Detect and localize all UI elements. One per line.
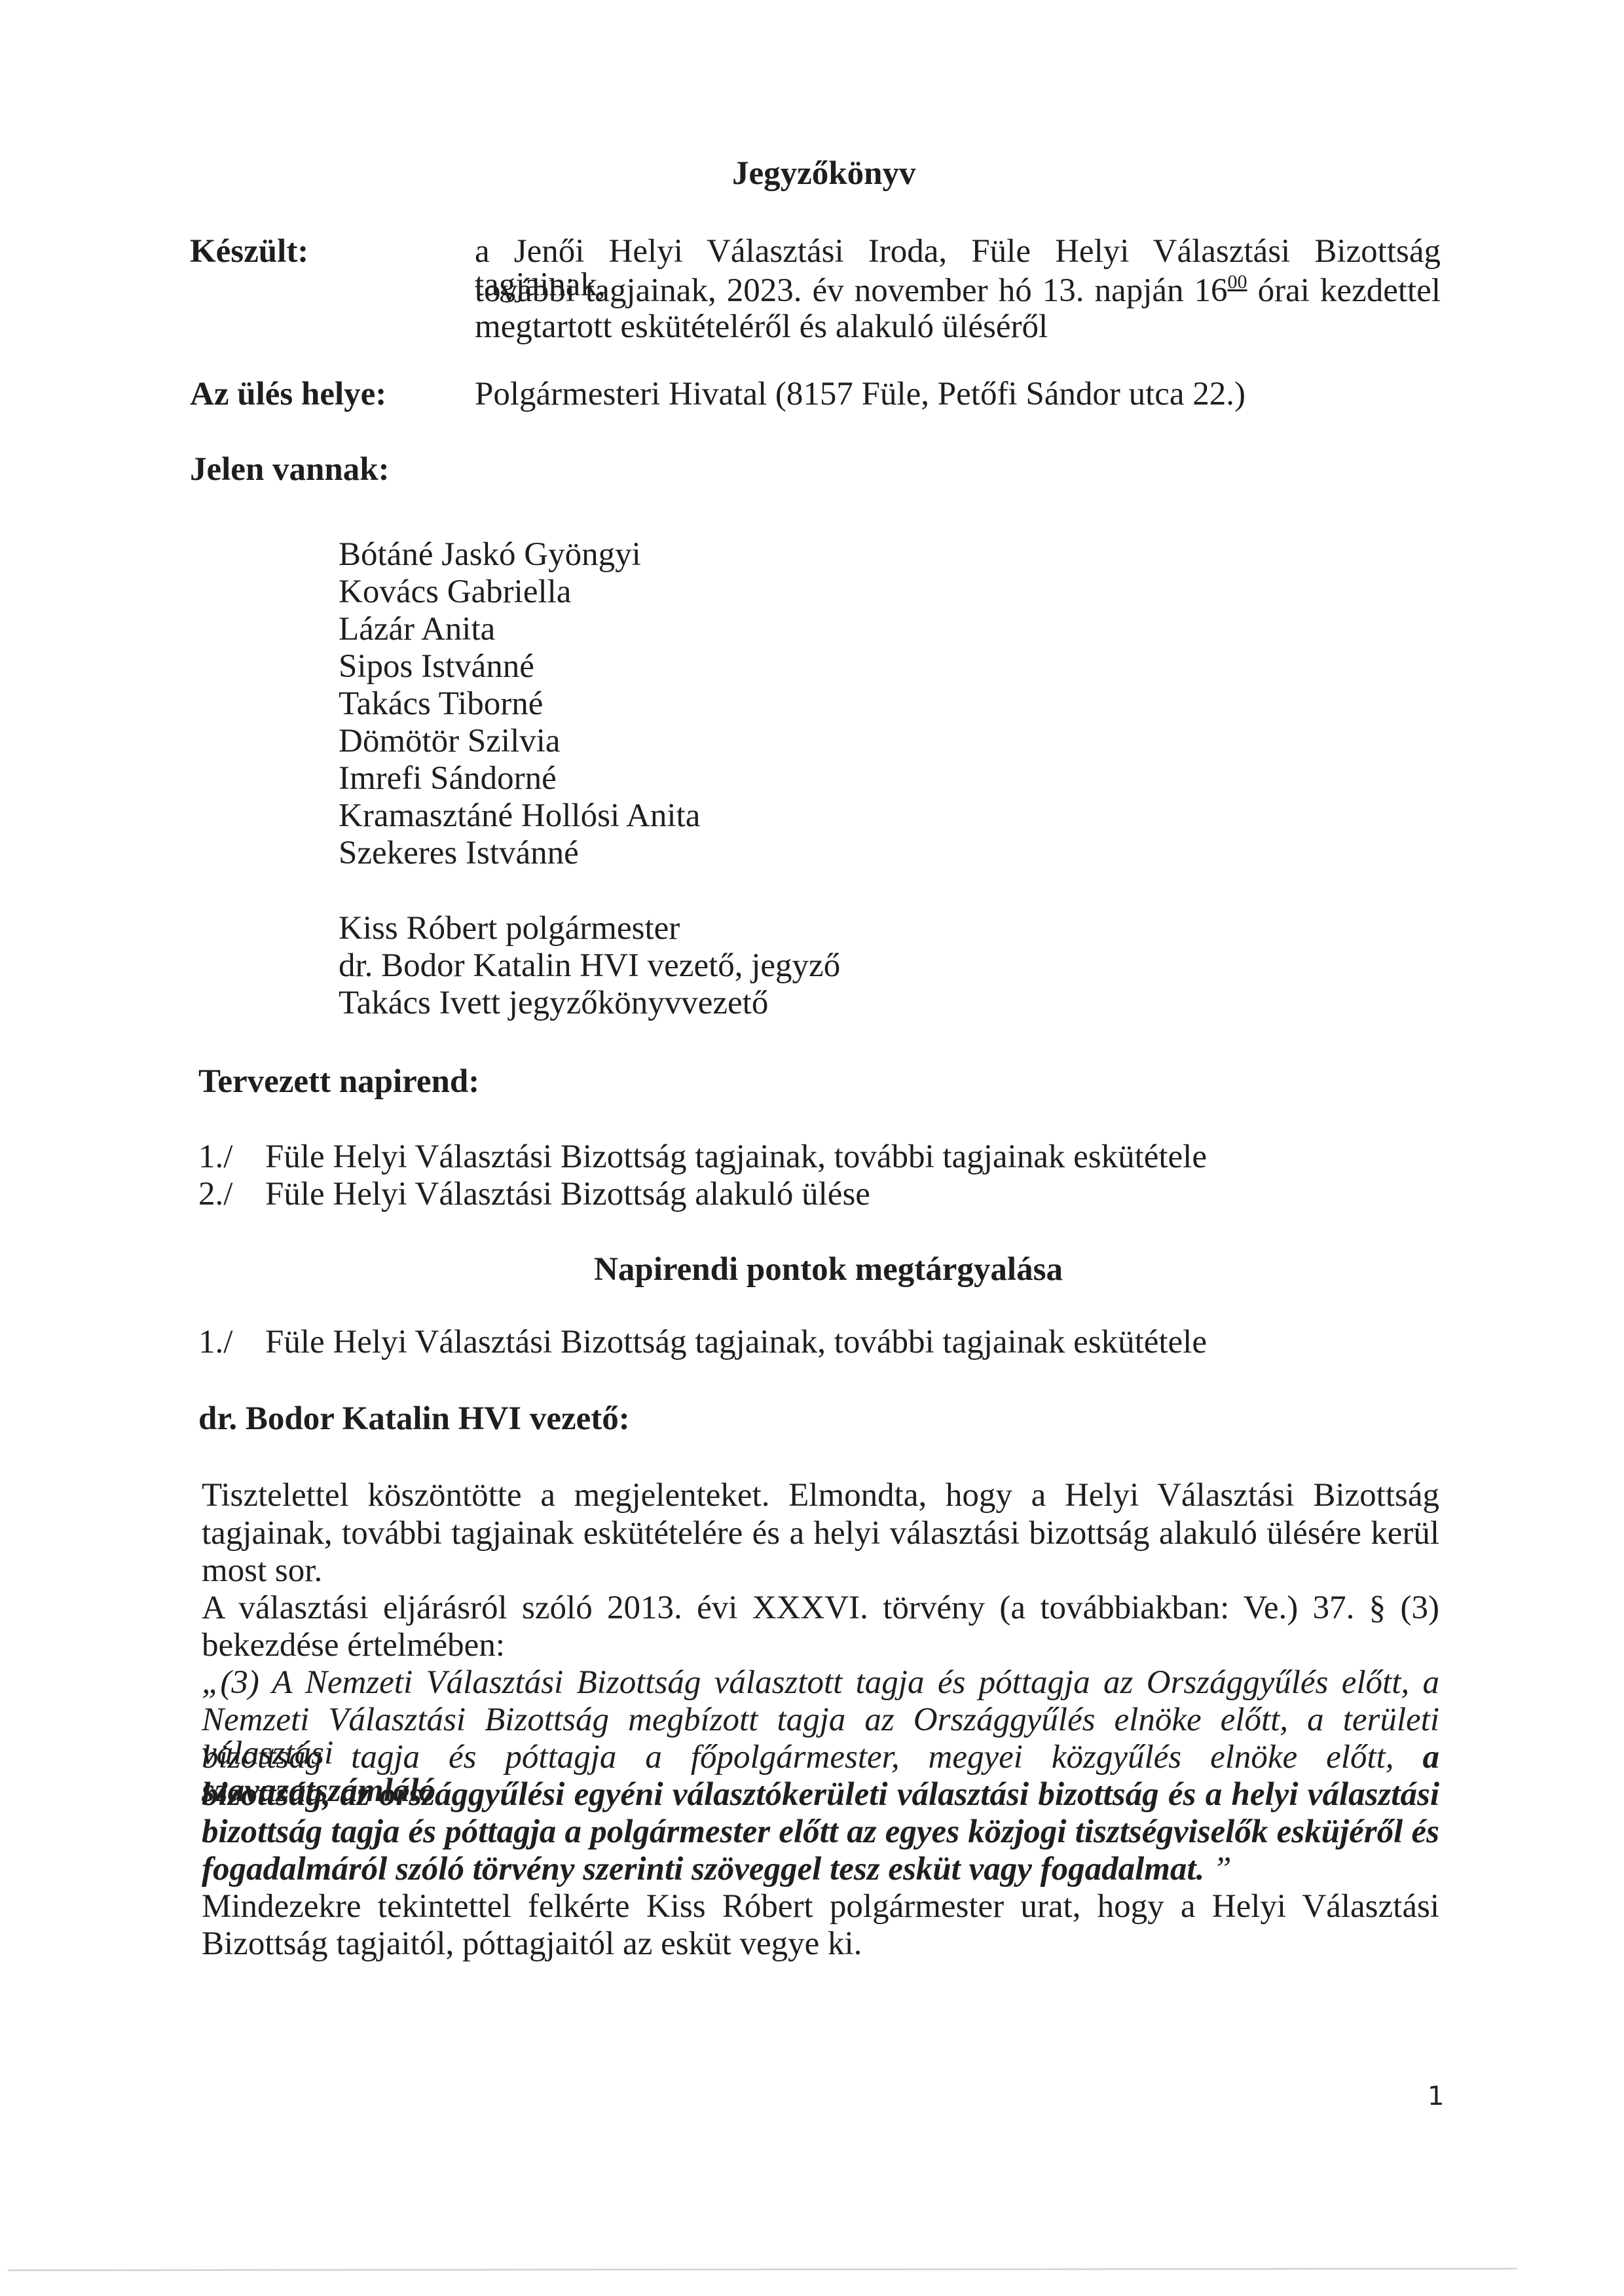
attendee: Takács Tiborné [339, 687, 543, 721]
para2-line-1: A választási eljárásról szóló 2013. évi … [202, 1592, 1439, 1625]
helye-value: Polgármesteri Hivatal (8157 Füle, Petőfi… [475, 378, 1246, 411]
keszult-line-3: megtartott eskütételéről és alakuló ülés… [475, 310, 1048, 344]
official: Takács Ivett jegyzőkönyvvezető [339, 987, 768, 1020]
agenda-item-2-text: Füle Helyi Választási Bizottság alakuló … [265, 1178, 870, 1211]
official: Kiss Róbert polgármester [339, 912, 680, 945]
quote-line-3-italic: bizottság tagja és póttagja a főpolgárme… [202, 1739, 1423, 1776]
document-title: Jegyzőkönyv [732, 157, 916, 191]
attendee: Lázár Anita [339, 613, 495, 646]
discussion-heading: Napirendi pontok megtárgyalása [594, 1253, 1063, 1286]
speaker-label: dr. Bodor Katalin HVI vezető: [198, 1402, 630, 1436]
document-page: Jegyzőkönyv Készült: a Jenői Helyi Válas… [0, 0, 1624, 2296]
attendee: Dömötör Szilvia [339, 725, 561, 758]
keszult-label: Készült: [190, 235, 308, 268]
para2-line-2: bekezdése értelmében: [202, 1629, 505, 1662]
agenda-label: Tervezett napirend: [198, 1065, 479, 1099]
quote-line-1: „(3) A Nemzeti Választási Bizottság vála… [202, 1666, 1439, 1700]
jelen-label: Jelen vannak: [190, 453, 390, 486]
para1-line-2: tagjainak, további tagjainak eskütételér… [202, 1517, 1439, 1550]
quote-line-5: bizottság tagja és póttagja a polgármest… [202, 1815, 1439, 1849]
attendee: Sipos Istvánné [339, 650, 534, 683]
quote-line-6: fogadalmáról szóló törvény szerinti szöv… [202, 1853, 1231, 1886]
para3-line-1: Mindezekre tekintettel felkérte Kiss Rób… [202, 1890, 1439, 1923]
attendee: Imrefi Sándorné [339, 762, 557, 795]
discussion-item-num: 1./ [198, 1326, 232, 1359]
page-number: 1 [1428, 2083, 1444, 2109]
attendee: Kovács Gabriella [339, 575, 571, 609]
discussion-item-text: Füle Helyi Választási Bizottság tagjaina… [265, 1326, 1207, 1359]
agenda-item-1-num: 1./ [198, 1140, 232, 1174]
keszult-line-2-text: további tagjainak, 2023. év november hó … [475, 272, 1228, 309]
quote-close-mark: ” [1204, 1851, 1231, 1887]
para3-line-2: Bizottság tagjaitól, póttagjaitól az esk… [202, 1927, 862, 1961]
attendee: Bótáné Jaskó Gyöngyi [339, 538, 641, 572]
time-suffix: órai kezdettel [1247, 272, 1441, 309]
para1-line-3: most sor. [202, 1554, 322, 1588]
quote-line-4: bizottság, az országgyűlési egyéni válas… [202, 1778, 1439, 1812]
agenda-item-2-num: 2./ [198, 1178, 232, 1211]
time-superscript: 00 [1228, 271, 1247, 293]
attendee: Szekeres Istvánné [339, 837, 579, 870]
official: dr. Bodor Katalin HVI vezető, jegyző [339, 949, 840, 983]
quote-line-6-bold: fogadalmáról szóló törvény szerinti szöv… [202, 1851, 1204, 1887]
agenda-item-1-text: Füle Helyi Választási Bizottság tagjaina… [265, 1140, 1207, 1174]
para1-line-1: Tisztelettel köszöntötte a megjelenteket… [202, 1479, 1439, 1512]
keszult-line-2: további tagjainak, 2023. év november hó … [475, 272, 1441, 308]
scan-edge-line [8, 2268, 1517, 2271]
helye-label: Az ülés helye: [190, 378, 386, 411]
attendee: Kramasztáné Hollósi Anita [339, 799, 700, 833]
